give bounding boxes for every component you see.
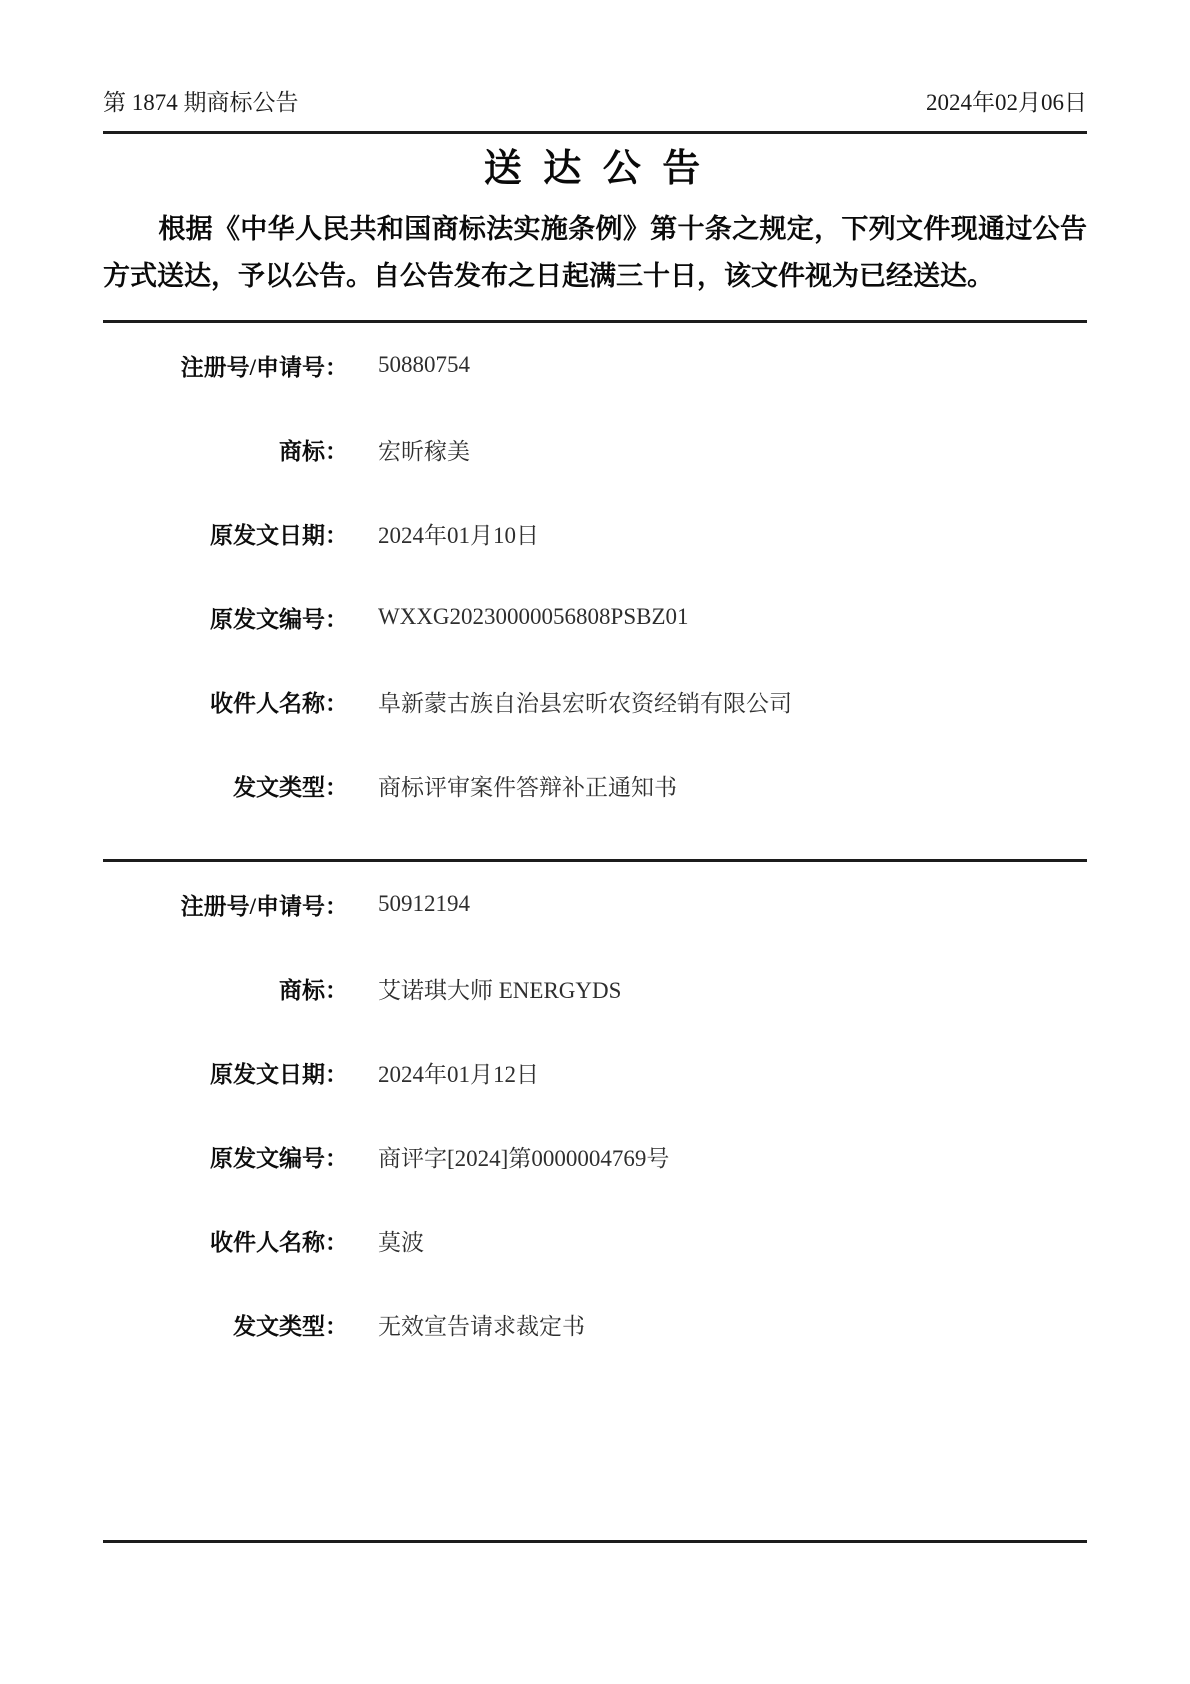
- record-2: 注册号/申请号： 50912194 商标： 艾诺琪大师 ENERGYDS 原发文…: [103, 862, 1087, 1366]
- field-row-original-issue-date: 原发文日期： 2024年01月10日: [103, 491, 1087, 575]
- intro-paragraph: 根据《中华人民共和国商标法实施条例》第十条之规定，下列文件现通过公告方式送达，予…: [103, 206, 1087, 300]
- field-row-trademark: 商标： 宏昕稼美: [103, 407, 1087, 491]
- field-label: 发文类型：: [103, 1308, 348, 1341]
- field-value: 商评字[2024]第0000004769号: [378, 1140, 669, 1173]
- field-value: 宏昕稼美: [378, 433, 470, 466]
- gazette-issue-label: 第 1874 期商标公告: [103, 88, 299, 118]
- field-row-document-type: 发文类型： 无效宣告请求裁定书: [103, 1282, 1087, 1366]
- field-value: 莫波: [378, 1224, 424, 1257]
- field-value: 阜新蒙古族自治县宏昕农资经销有限公司: [378, 685, 792, 718]
- header-divider: [103, 131, 1087, 134]
- field-row-original-document-number: 原发文编号： WXXG20230000056808PSBZ01: [103, 575, 1087, 659]
- field-value: 无效宣告请求裁定书: [378, 1308, 585, 1341]
- field-label: 发文类型：: [103, 769, 348, 802]
- field-row-recipient-name: 收件人名称： 莫波: [103, 1198, 1087, 1282]
- field-row-registration-number: 注册号/申请号： 50912194: [103, 862, 1087, 946]
- field-value: 商标评审案件答辩补正通知书: [378, 769, 677, 802]
- field-row-document-type: 发文类型： 商标评审案件答辩补正通知书: [103, 743, 1087, 827]
- page-title: 送 达 公 告: [103, 142, 1087, 196]
- gazette-date: 2024年02月06日: [926, 88, 1087, 118]
- field-label: 原发文编号：: [103, 601, 348, 634]
- field-label: 商标：: [103, 433, 348, 466]
- field-label: 原发文日期：: [103, 517, 348, 550]
- field-label: 收件人名称：: [103, 685, 348, 718]
- field-value: 2024年01月12日: [378, 1056, 539, 1089]
- field-label: 注册号/申请号：: [103, 888, 348, 921]
- field-row-trademark: 商标： 艾诺琪大师 ENERGYDS: [103, 946, 1087, 1030]
- field-row-original-issue-date: 原发文日期： 2024年01月12日: [103, 1030, 1087, 1114]
- page-header: 第 1874 期商标公告 2024年02月06日: [103, 88, 1087, 118]
- field-label: 商标：: [103, 972, 348, 1005]
- field-label: 原发文日期：: [103, 1056, 348, 1089]
- field-value: WXXG20230000056808PSBZ01: [378, 604, 689, 630]
- field-value: 2024年01月10日: [378, 517, 539, 550]
- record-1: 注册号/申请号： 50880754 商标： 宏昕稼美 原发文日期： 2024年0…: [103, 323, 1087, 827]
- field-value: 艾诺琪大师 ENERGYDS: [378, 972, 621, 1005]
- field-row-registration-number: 注册号/申请号： 50880754: [103, 323, 1087, 407]
- field-row-original-document-number: 原发文编号： 商评字[2024]第0000004769号: [103, 1114, 1087, 1198]
- field-row-recipient-name: 收件人名称： 阜新蒙古族自治县宏昕农资经销有限公司: [103, 659, 1087, 743]
- announcement-page: 第 1874 期商标公告 2024年02月06日 送 达 公 告 根据《中华人民…: [0, 0, 1190, 1684]
- field-label: 收件人名称：: [103, 1224, 348, 1257]
- field-value: 50912194: [378, 891, 470, 917]
- field-label: 原发文编号：: [103, 1140, 348, 1173]
- bottom-divider: [103, 1540, 1087, 1543]
- field-label: 注册号/申请号：: [103, 349, 348, 382]
- field-value: 50880754: [378, 352, 470, 378]
